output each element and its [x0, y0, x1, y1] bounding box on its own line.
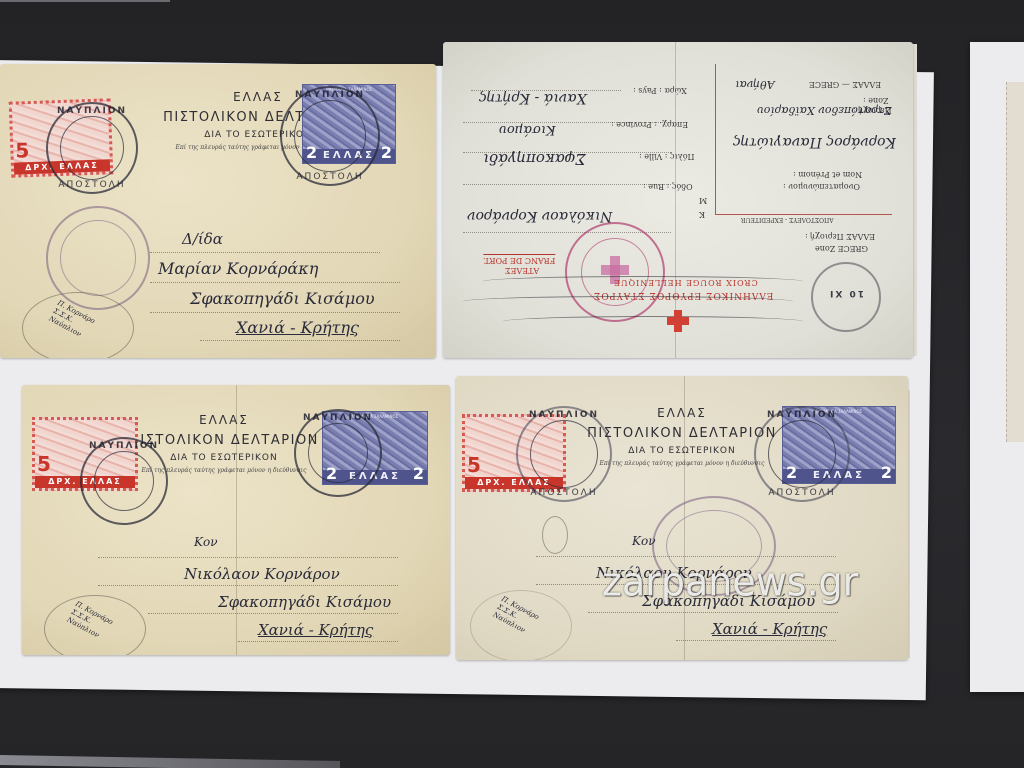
franchise-fr: FRANC DE PORT. [483, 254, 555, 265]
recipient-province: Κισάμου [499, 122, 556, 137]
city-label: Πόλις : Ville : [639, 152, 695, 161]
postmark-text: ΝΑΥΠΛΙΟΝ [296, 413, 380, 423]
address-line [676, 640, 836, 641]
recipient-name: Νικόλαον Κορνάρον [467, 208, 612, 224]
stamp-value: 5 [467, 453, 481, 477]
sender-country: ΕΛΛΑΣ — GRÈCE [809, 80, 881, 89]
adjacent-card-edge [1006, 82, 1024, 442]
sender-info: Π. ΚορνάροΣ.Σ.Κ.Ναύπλιον [491, 595, 540, 638]
province-label: Επαρχ. : Province : [611, 120, 688, 129]
postmark-date: 10 XI [813, 288, 879, 298]
address-line-region: Χανιά - Κρήτης [712, 620, 827, 638]
floor-edge [0, 755, 340, 768]
address-line [98, 557, 398, 558]
sender-stamp-oval: Π. ΚορνάροΣ.Σ.Κ.Ναύπλιον [470, 590, 572, 660]
postmark-nafplion: ΝΑΥΠΛΙΟΝ [80, 437, 168, 525]
address-line-village: Σφακοπηγάδι Κισάμου [218, 593, 391, 611]
address-line [98, 585, 398, 586]
address-line-salutation: Κον [632, 534, 655, 548]
country-label: Χώρα : Pays : [633, 86, 687, 95]
red-cross-icon [667, 310, 689, 332]
indicia-value: 2 [881, 465, 892, 481]
cancel-wave [503, 316, 803, 327]
sender-title: ΑΠΟΣΤΟΛΕΥΣ - EXPEDITEUR [741, 216, 834, 223]
address-line-salutation: Δ/ίδα [182, 230, 223, 248]
postcard-front-3: ΕΛΛΑΣ ΠΙΣΤΟΛΙΚΟΝ ΔΕΛΤΑΡΙΟΝ ΔΙΑ ΤΟ ΕΣΩΤΕΡ… [456, 376, 908, 660]
address-line [200, 340, 400, 341]
address-line-village: Σφακοπηγάδι Κισάμου [190, 289, 375, 308]
postmark-text: ΑΠΟΣΤΟΛΗ [756, 488, 848, 498]
recipient-prefix: Κ [699, 210, 705, 219]
postmark-text: ΑΠΟΣΤΟΛΗ [518, 488, 610, 498]
sender-name: Κορνάρος Παναγιώτης [733, 134, 896, 150]
address-line-recipient: Μαρίαν Κορνάράκη [158, 259, 318, 278]
postmark-text: ΝΑΥΠΛΙΟΝ [48, 106, 136, 116]
address-line-salutation: Κον [194, 535, 217, 549]
red-cross-seal-icon [565, 222, 665, 322]
postmark-nafplion: ΝΑΥΠΛΙΟΝ ΑΠΟΣΤΟΛΗ [280, 86, 380, 186]
stamp-value: 5 [15, 138, 30, 162]
postmark-nafplion: ΝΑΥΠΛΙΟΝ ΑΠΟΣΤΟΛΗ [516, 406, 612, 502]
cancel-wave [483, 276, 803, 287]
small-oval-mark [542, 516, 568, 554]
recipient-village: Σφακοπηγάδι [483, 150, 586, 168]
name-label: Ονοματεπώνυμον : [783, 182, 860, 191]
postmark-text: ΑΠΟΣΤΟΛΗ [282, 172, 378, 182]
street-label: Οδός : Rue : [643, 182, 693, 191]
postmark-nafplion: ΝΑΥΠΛΙΟΝ ΑΠΟΣΤΟΛΗ [754, 406, 850, 502]
sender-info: Π. ΚορνάροΣ.Σ.Κ.Ναύπλιον [47, 299, 96, 342]
sender-zone: Στρατόπεδον Χαϊδαρίου [757, 104, 892, 117]
postmark-text: ΝΑΥΠΛΙΟΝ [756, 410, 848, 420]
address-line [536, 556, 836, 557]
indicia-value: 2 [381, 145, 392, 161]
stamp-value: 5 [37, 452, 51, 476]
recipient-country: Χανιά - Κρήτης [479, 90, 587, 106]
franchise-gr: ΑΤΕΛΕΣ [505, 266, 539, 275]
address-line-recipient: Νικόλαον Κορνάρον [184, 565, 340, 583]
postmark-text: ΝΑΥΠΛΙΟΝ [82, 441, 166, 451]
address-line-region: Χανιά - Κρήτης [258, 621, 373, 639]
zone-label-lower: ΕΛΛΑΣ Περιοχή : [805, 232, 875, 241]
recipient-prefix: Μ [699, 196, 707, 205]
address-line [150, 312, 400, 313]
address-line [150, 252, 380, 253]
address-line [150, 282, 400, 283]
postcard-front-2: ΕΛΛΑΣ ΠΙΣΤΟΛΙΚΟΝ ΔΕΛΤΑΡΙΟΝ ΔΙΑ ΤΟ ΕΣΩΤΕΡ… [22, 385, 450, 655]
sender-city: Αθήναι [735, 78, 775, 91]
postmark-text: ΑΠΟΣΤΟΛΗ [48, 180, 136, 190]
postmark-text: ΝΑΥΠΛΙΟΝ [518, 410, 610, 420]
postcard-back-red-cross: ΑΠΟΣΤΟΛΕΥΣ - EXPEDITEUR ΕΛΛΑΣ — GRÈCE Πε… [443, 42, 913, 358]
sender-stamp-oval: Π. ΚορνάροΣ.Σ.Κ.Ναύπλιον [44, 595, 146, 655]
address-line [238, 641, 398, 642]
wall-trim [0, 0, 170, 2]
site-watermark: zarpanews.gr [602, 559, 858, 605]
address-line [148, 613, 398, 614]
postmark-text: ΝΑΥΠΛΙΟΝ [282, 90, 378, 100]
address-line [588, 612, 838, 613]
address-line [463, 184, 671, 185]
cancel-wave [463, 296, 793, 307]
sender-info: Π. ΚορνάροΣ.Σ.Κ.Ναύπλιον [65, 600, 114, 643]
postmark-athens: 10 XI [811, 262, 881, 332]
postmark-nafplion: ΝΑΥΠΛΙΟΝ [294, 409, 382, 497]
zone-label-lower: GRÈCE Zone [815, 244, 868, 253]
postmark-nafplion: ΝΑΥΠΛΙΟΝ ΑΠΟΣΤΟΛΗ [46, 102, 138, 194]
sender-stamp-oval: Π. ΚορνάροΣ.Σ.Κ.Ναύπλιον [22, 292, 134, 358]
name-label: Nom et Prénom : [793, 170, 862, 179]
address-line-region: Χανιά - Κρήτης [236, 318, 359, 337]
postcard-front-1: ΕΛΛΑΣ ΠΙΣΤΟΛΙΚΟΝ ΔΕΛΤΑΡΙΟΝ ΔΙΑ ΤΟ ΕΣΩΤΕΡ… [0, 64, 436, 358]
adjacent-display-mount [970, 42, 1024, 692]
indicia-value: 2 [413, 466, 424, 482]
